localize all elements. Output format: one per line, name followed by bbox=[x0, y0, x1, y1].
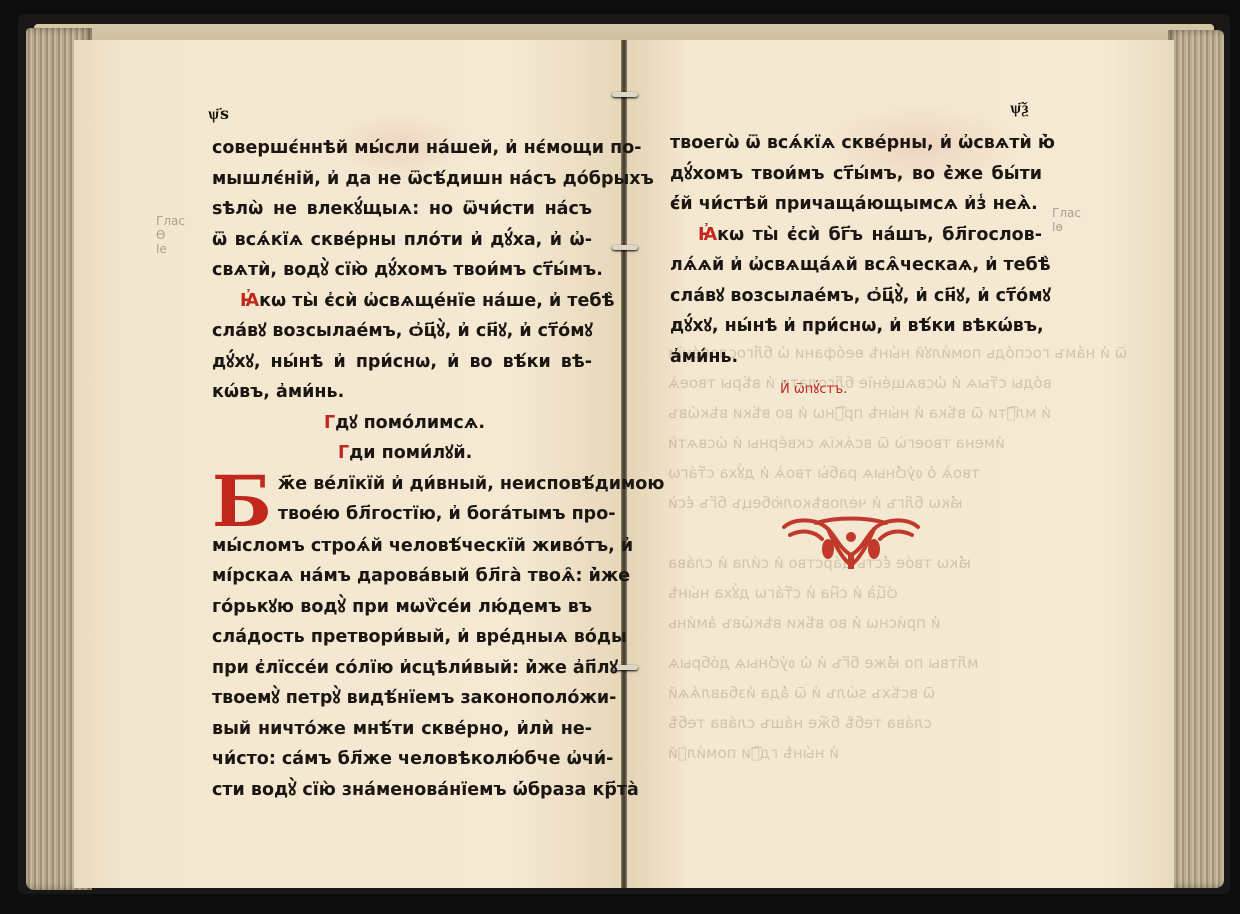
text-span: кѡ ты̀ є҆сѝ ѡ҆свѧще́нїе на́ше, и҆ тебѣ̀ bbox=[259, 291, 614, 311]
text-span: кѡ ты̀ є҆сѝ бг҃ъ на́шъ, бл҃гослов- bbox=[717, 225, 1042, 245]
margin-note-right: Глас Іѳ bbox=[1052, 206, 1081, 234]
text-line: дꙋ́хꙋ, ны́нѣ и҆ при́снѡ, и҆ вѣ́ки вѣкѡ́в… bbox=[670, 311, 1042, 342]
text-line: а҆ми́нь. bbox=[670, 342, 1042, 373]
bleed-through-text: ꙗ҆́кѡ бл҃гъ и҆ человѣколю́бецъ бг҃ъ є҆сѝ bbox=[668, 488, 963, 518]
bleed-through-text: ѿ всѣ́хъ ѕѡ́лъ и҆ ѿ а҆́да и҆збавлѧ́ѧй bbox=[668, 678, 935, 708]
margin-note-line: Глас bbox=[1052, 206, 1081, 220]
text-line: чи́сто: са́мъ бл҃же человѣколю́бче ѡ҆чи́… bbox=[212, 744, 592, 775]
text-line: вый ничто́же мнѣ́ти скве́рно, и҆лѝ не- bbox=[212, 714, 592, 745]
red-initial: Г bbox=[338, 443, 349, 463]
margin-note-line: Іе bbox=[156, 242, 185, 256]
bleed-through-text: твоѧ̀ о҆ ᲂу҆ѻ҆́ныѧ рабы̀ твоѧ̀ и҆ дꙋ́ха … bbox=[668, 458, 980, 488]
red-initial: Ꙗ҆ bbox=[698, 225, 717, 245]
red-ornament-headpiece bbox=[776, 515, 926, 571]
text-line: дꙋ́хомъ твои́мъ ст҃ы́мъ, во є҆̀же бы́ти bbox=[670, 159, 1042, 190]
margin-note-left: Глас Ѳ Іе bbox=[156, 214, 185, 256]
rubric-line: Гдꙋ помо́лимсѧ. bbox=[212, 408, 592, 439]
book-gutter bbox=[621, 40, 627, 888]
folio-number-left: ѱ҃ѕ bbox=[208, 104, 230, 124]
bleed-through-text: и҆ ны́нѣ гдⷭ҇и поми́лꙋй bbox=[668, 738, 839, 768]
bleed-through-text: и҆ млⷭ҇ти ѿ вѣ́ка и҆ ны́нѣ прⷭ҇нѡ и҆ во … bbox=[668, 398, 1051, 428]
binding-stitch bbox=[612, 92, 638, 97]
text-line: сла́вꙋ возсылае́мъ, ѻ҆ц҃ꙋ̀, и҆ сн҃ꙋ, и҆ … bbox=[670, 281, 1042, 312]
page-edges-right bbox=[1168, 30, 1224, 888]
text-line: ѕѣлѡ̀ не влекꙋ́щыѧ: но ѿчи́сти на́съ bbox=[212, 194, 592, 225]
text-line: ѿ всѧ́кїѧ скве́рны пло́ти и҆ дꙋ́ха, и҆ ѡ… bbox=[212, 225, 592, 256]
text-line: свѧтѝ, водꙋ̀ сїю̀ дꙋ́хомъ твои́мъ ст҃ы́м… bbox=[212, 255, 592, 286]
text-line: мы́сломъ строѧ́й человѣ́ческїй живо́тъ, … bbox=[212, 531, 592, 562]
text-line: кѡ́въ, а҆ми́нь. bbox=[212, 377, 592, 408]
text-line: твоемꙋ̀ петрꙋ̀ видѣ́нїемъ законополо́жи- bbox=[212, 683, 592, 714]
margin-note-line: Ѳ bbox=[156, 228, 185, 242]
text-line: совершє́ннѣй мы́сли на́шей, и҆ нє́мощи п… bbox=[212, 133, 592, 164]
text-line: Ꙗ҆кѡ ты̀ є҆сѝ ѡ҆свѧще́нїе на́ше, и҆ тебѣ… bbox=[212, 286, 592, 317]
bleed-through-text: сла́ва тебѣ̀ бж҃е на́шъ сла́ва тебѣ̀ bbox=[668, 708, 932, 738]
text-span: ди поми́лꙋй. bbox=[349, 443, 472, 463]
bleed-through-text: ѻ҆ц҃а̀ и҆ сн҃а и҆ ст҃а́гѡ дꙋ́ха ны́нѣ bbox=[668, 578, 898, 608]
red-drop-cap: Б bbox=[212, 473, 272, 531]
red-initial: Ꙗ҆ bbox=[240, 291, 259, 311]
text-line: мышлє́ній, и҆ да не ѿсѣ́дишн на́съ до́бр… bbox=[212, 164, 592, 195]
text-line: лѧ́ѧй и҆ ѡ҆свѧща́ѧй всѧ̑ческаѧ, и҆ тебѣ̀ bbox=[670, 250, 1042, 281]
margin-note-line: Іѳ bbox=[1052, 220, 1081, 234]
text-line: го́рькꙋю водꙋ̀ при мѡѷсе́и лю́демъ въ bbox=[212, 592, 592, 623]
text-line: сла́дость претвори́вый, и҆ вре́дныѧ во́д… bbox=[212, 622, 592, 653]
bleed-through-text: во́ды ст҃ыѧ и҆ ѡ҆свѧще́нїе бл҃годати и҆ … bbox=[668, 368, 1052, 398]
left-page-body: совершє́ннѣй мы́сли на́шей, и҆ нє́мощи п… bbox=[212, 133, 592, 805]
bleed-through-text: и҆ при́снѡ и҆ во вѣ́ки вѣкѡ́въ а҆ми́нь bbox=[668, 608, 940, 638]
right-page-body: твоегѡ̀ ѿ всѧ́кїѧ скве́рны, и҆ ѡ҆свѧтѝ ю… bbox=[670, 128, 1042, 372]
rubric-dismissal: И҆ ѿпꙋ́стъ. bbox=[780, 380, 847, 400]
margin-note-line: Глас bbox=[156, 214, 185, 228]
text-span: дꙋ помо́лимсѧ. bbox=[335, 413, 485, 433]
bleed-through-text: мл҃твы по ꙗ҆́же бг҃ъ и҆ ѡ҆ ᲂу҆ѻ҆́ныѧ до́… bbox=[668, 648, 979, 678]
text-line: мі́рскаѧ на́мъ дарова́вый бл҃га̀ твоѧ̑: … bbox=[212, 561, 592, 592]
text-line: сла́вꙋ возсылае́мъ, ѻ҆ц҃ꙋ̀, и҆ сн҃ꙋ, и҆ … bbox=[212, 316, 592, 347]
binding-stitch bbox=[612, 245, 638, 250]
text-line: дꙋ́хꙋ, ны́нѣ и҆ при́снѡ, и҆ во вѣ́ки вѣ- bbox=[212, 347, 592, 378]
folio-number-right: ѱ҃ѯ bbox=[1010, 98, 1029, 118]
bleed-through-text: и҆мена твоегѡ̀ ѿ всѧ́кїѧ скве́рны и҆ ѡ҆с… bbox=[668, 428, 1005, 458]
text-line: сти водꙋ̀ сїю̀ зна́менова́нїемъ ѡ҆́браза… bbox=[212, 775, 592, 806]
text-line: при є҆лїссе́и со́лїю и҆сцѣли́вый: и҆̀же … bbox=[212, 653, 592, 684]
text-line: Ꙗ҆кѡ ты̀ є҆сѝ бг҃ъ на́шъ, бл҃гослов- bbox=[670, 220, 1042, 251]
red-initial: Г bbox=[324, 413, 335, 433]
prayer-paragraph: Б ж҃е ве́лїкїй и҆ ди́вный, неисповѣ́димо… bbox=[212, 469, 592, 806]
text-line: є҆́й чи́стѣй причаща́ющымсѧ и҆з̾ неѧ̀. bbox=[670, 189, 1042, 220]
text-line: твоегѡ̀ ѿ всѧ́кїѧ скве́рны, и҆ ѡ҆свѧтѝ ю… bbox=[670, 128, 1042, 159]
